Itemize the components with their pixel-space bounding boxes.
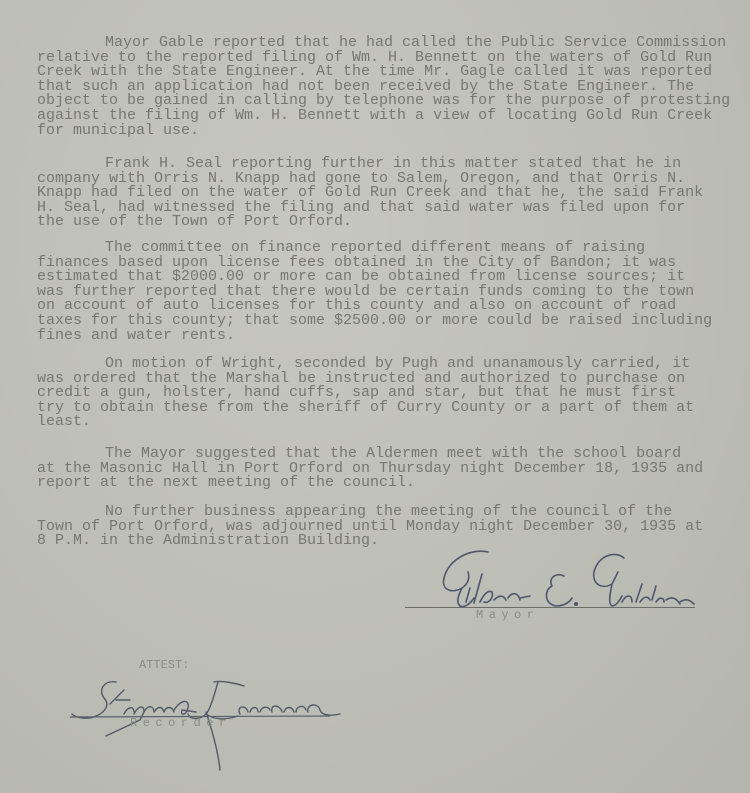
recorder-title: Recorder bbox=[130, 716, 232, 730]
recorder-signature-icon bbox=[0, 0, 750, 793]
minutes-page: Mayor Gable reported that he had called … bbox=[0, 0, 750, 793]
